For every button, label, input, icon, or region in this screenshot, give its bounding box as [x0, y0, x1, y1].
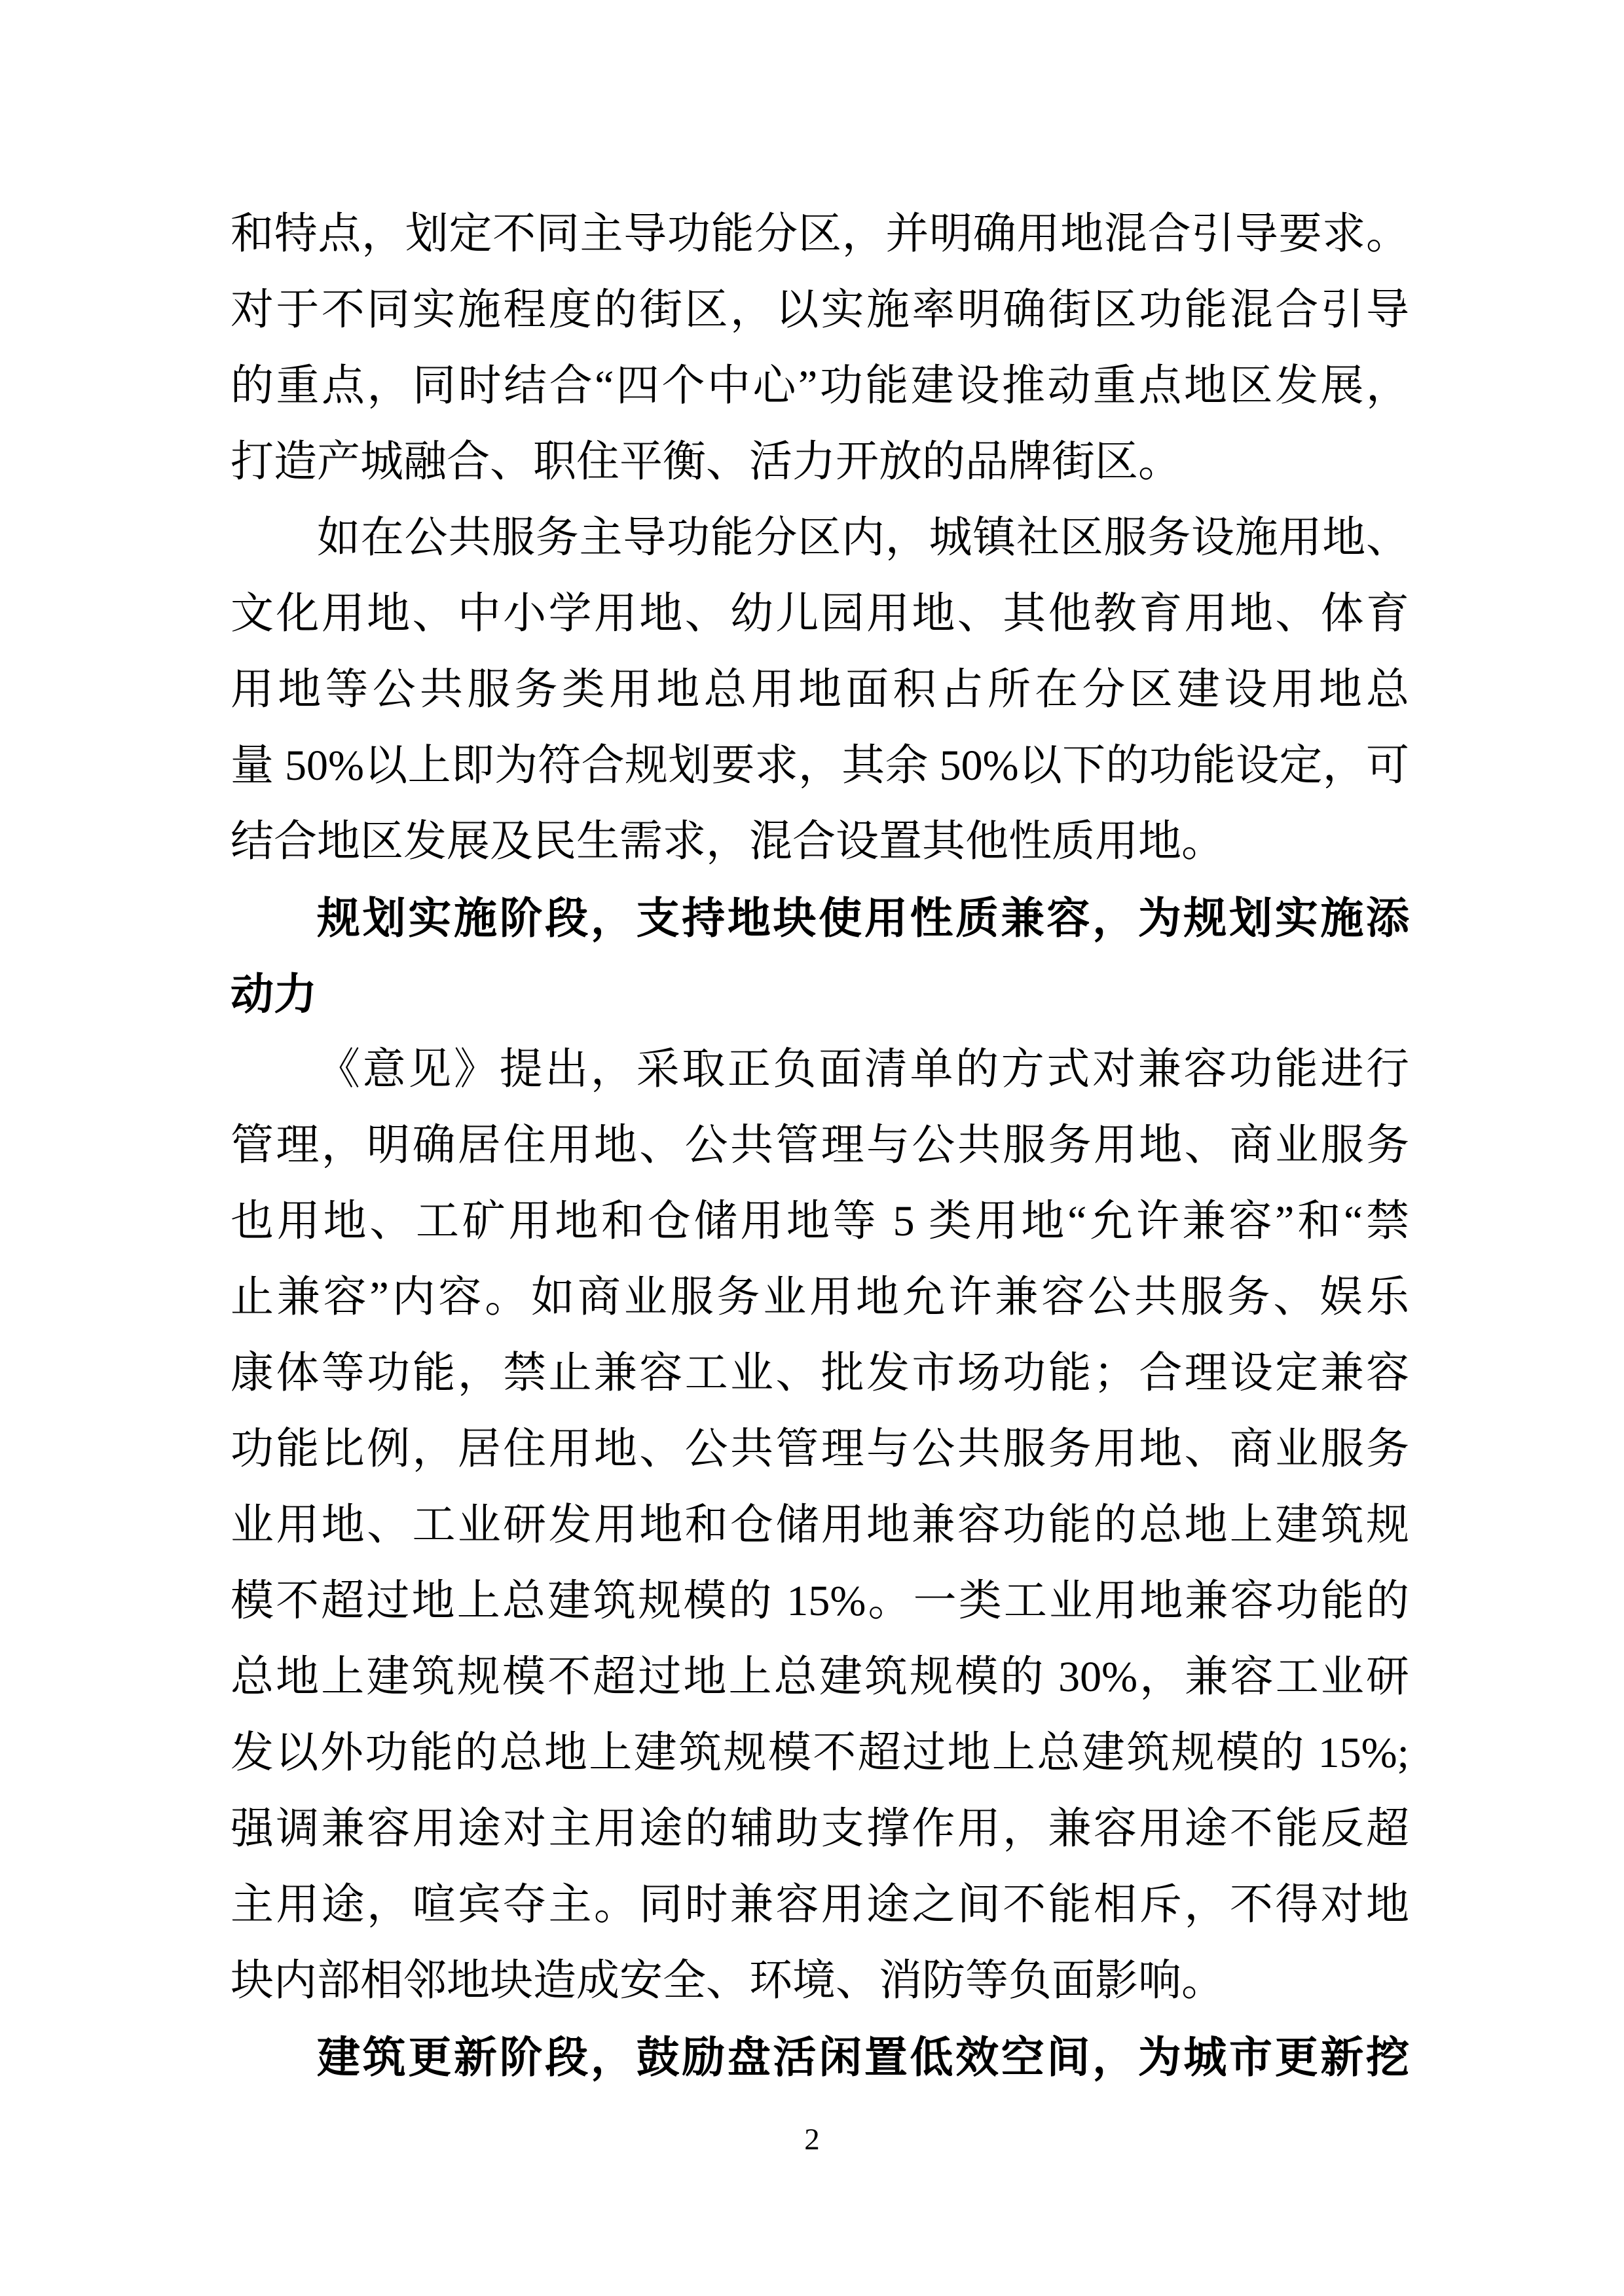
text-line: 止兼容”内容。如商业服务业用地允许兼容公共服务、娱乐: [231, 1260, 1409, 1336]
text-line: 发以外功能的总地上建筑规模不超过地上总建筑规模的 15%;: [231, 1715, 1409, 1791]
text-line: 如在公共服务主导功能分区内，城镇社区服务设施用地、: [231, 500, 1409, 576]
text-line: 和特点，划定不同主导功能分区，并明确用地混合引导要求。: [231, 196, 1409, 272]
text-line: 用地等公共服务类用地总用地面积占所在分区建设用地总: [231, 652, 1409, 728]
section-heading-line: 规划实施阶段，支持地块使用性质兼容，为规划实施添: [231, 880, 1409, 956]
section-heading-line: 建筑更新阶段，鼓励盘活闲置低效空间，为城市更新挖: [231, 2019, 1409, 2095]
text-line: 强调兼容用途对主用途的辅助支撑作用，兼容用途不能反超: [231, 1791, 1409, 1867]
text-line: 模不超过地上总建筑规模的 15%。一类工业用地兼容功能的: [231, 1563, 1409, 1639]
text-line: 主用途，喧宾夺主。同时兼容用途之间不能相斥，不得对地: [231, 1867, 1409, 1943]
text-line: 文化用地、中小学用地、幼儿园用地、其他教育用地、体育: [231, 576, 1409, 652]
text-line: 《意见》提出，采取正负面清单的方式对兼容功能进行: [231, 1032, 1409, 1108]
document-page: 和特点，划定不同主导功能分区，并明确用地混合引导要求。 对于不同实施程度的街区，…: [0, 0, 1624, 2296]
text-line: 的重点，同时结合“四个中心”功能建设推动重点地区发展，: [231, 348, 1409, 424]
text-line: 功能比例，居住用地、公共管理与公共服务用地、商业服务: [231, 1412, 1409, 1487]
text-line: 块内部相邻地块造成安全、环境、消防等负面影响。: [231, 1943, 1409, 2019]
text-line: 打造产城融合、职住平衡、活力开放的品牌街区。: [231, 424, 1409, 500]
text-line: 业用地、工业研发用地和仓储用地兼容功能的总地上建筑规: [231, 1487, 1409, 1563]
text-line: 也用地、工矿用地和仓储用地等 5 类用地“允许兼容”和“禁: [231, 1184, 1409, 1260]
text-line: 量 50%以上即为符合规划要求，其余 50%以下的功能设定，可: [231, 728, 1409, 804]
text-line: 结合地区发展及民生需求，混合设置其他性质用地。: [231, 804, 1409, 880]
text-line: 管理，明确居住用地、公共管理与公共服务用地、商业服务: [231, 1108, 1409, 1184]
text-line: 对于不同实施程度的街区，以实施率明确街区功能混合引导: [231, 272, 1409, 348]
text-line: 总地上建筑规模不超过地上总建筑规模的 30%，兼容工业研: [231, 1639, 1409, 1715]
page-number: 2: [0, 2120, 1624, 2159]
text-line: 康体等功能，禁止兼容工业、批发市场功能；合理设定兼容: [231, 1336, 1409, 1412]
section-heading-line: 动力: [231, 956, 1409, 1032]
text-body: 和特点，划定不同主导功能分区，并明确用地混合引导要求。 对于不同实施程度的街区，…: [231, 196, 1409, 2095]
